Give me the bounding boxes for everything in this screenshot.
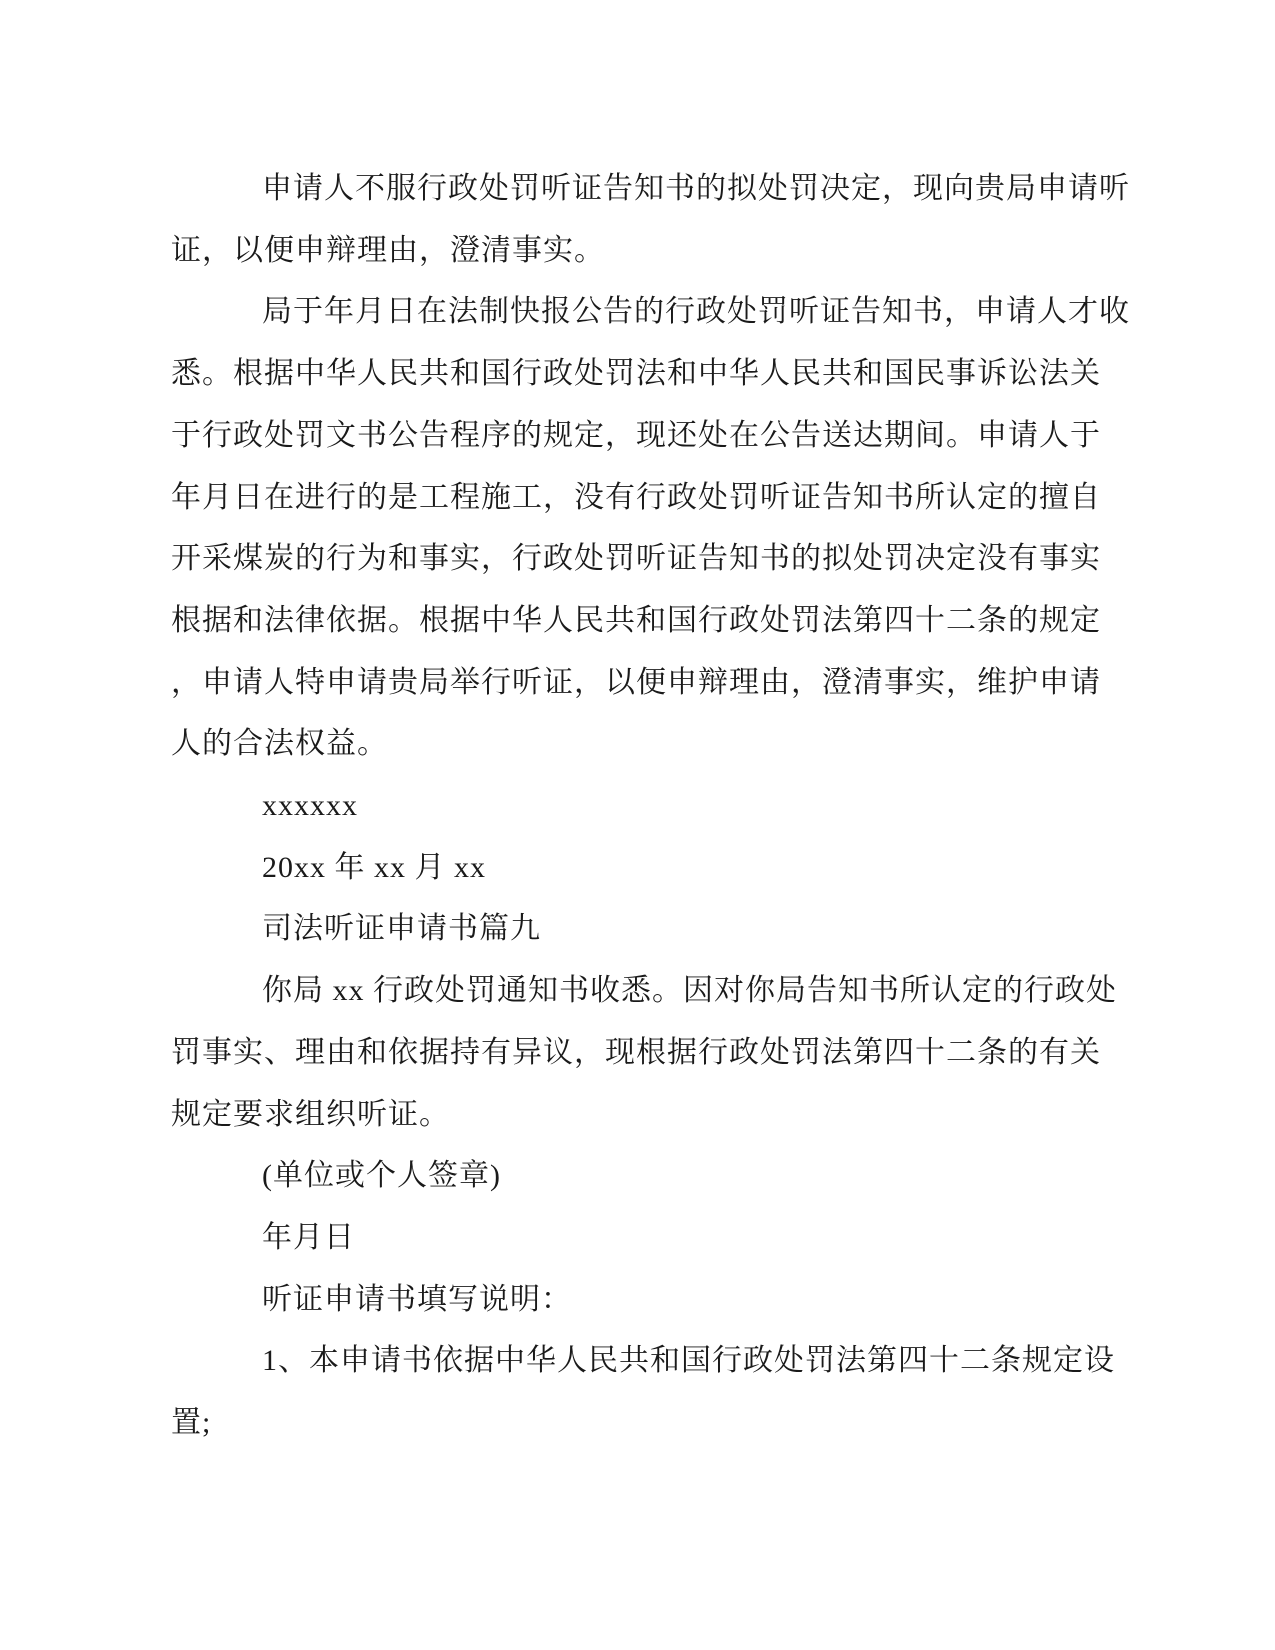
document-body: 申请人不服行政处罚听证告知书的拟处罚决定，现向贵局申请听 证，以便申辩理由，澄清… — [171, 158, 1111, 1454]
document-line-seal-placeholder: (单位或个人签章) — [171, 1145, 1111, 1207]
document-line: 人的合法权益。 — [171, 713, 1111, 775]
document-line: 局于年月日在法制快报公告的行政处罚听证告知书，申请人才收 — [171, 281, 1111, 343]
document-line-date-placeholder: 年月日 — [171, 1207, 1111, 1269]
document-line-signature-placeholder: xxxxxx — [171, 775, 1111, 837]
document-line-notes-heading: 听证申请书填写说明： — [171, 1269, 1111, 1331]
document-line: ，申请人特申请贵局举行听证，以便申辩理由，澄清事实，维护申请 — [171, 652, 1111, 714]
document-line: 证，以便申辩理由，澄清事实。 — [171, 220, 1111, 282]
document-line: 开采煤炭的行为和事实，行政处罚听证告知书的拟处罚决定没有事实 — [171, 528, 1111, 590]
document-line-date-placeholder: 20xx 年 xx 月 xx — [171, 837, 1111, 899]
document-line: 申请人不服行政处罚听证告知书的拟处罚决定，现向贵局申请听 — [171, 158, 1111, 220]
document-line: 年月日在进行的是工程施工，没有行政处罚听证告知书所认定的擅自 — [171, 467, 1111, 529]
document-line-section-title: 司法听证申请书篇九 — [171, 898, 1111, 960]
document-line: 罚事实、理由和依据持有异议，现根据行政处罚法第四十二条的有关 — [171, 1022, 1111, 1084]
document-line: 根据和法律依据。根据中华人民共和国行政处罚法第四十二条的规定 — [171, 590, 1111, 652]
document-line: 悉。根据中华人民共和国行政处罚法和中华人民共和国民事诉讼法关 — [171, 343, 1111, 405]
document-line: 1、本申请书依据中华人民共和国行政处罚法第四十二条规定设 — [171, 1330, 1111, 1392]
document-page: 申请人不服行政处罚听证告知书的拟处罚决定，现向贵局申请听 证，以便申辩理由，澄清… — [0, 0, 1275, 1650]
document-line: 你局 xx 行政处罚通知书收悉。因对你局告知书所认定的行政处 — [171, 960, 1111, 1022]
document-line: 规定要求组织听证。 — [171, 1084, 1111, 1146]
document-line: 于行政处罚文书公告程序的规定，现还处在公告送达期间。申请人于 — [171, 405, 1111, 467]
document-line: 置; — [171, 1392, 1111, 1454]
